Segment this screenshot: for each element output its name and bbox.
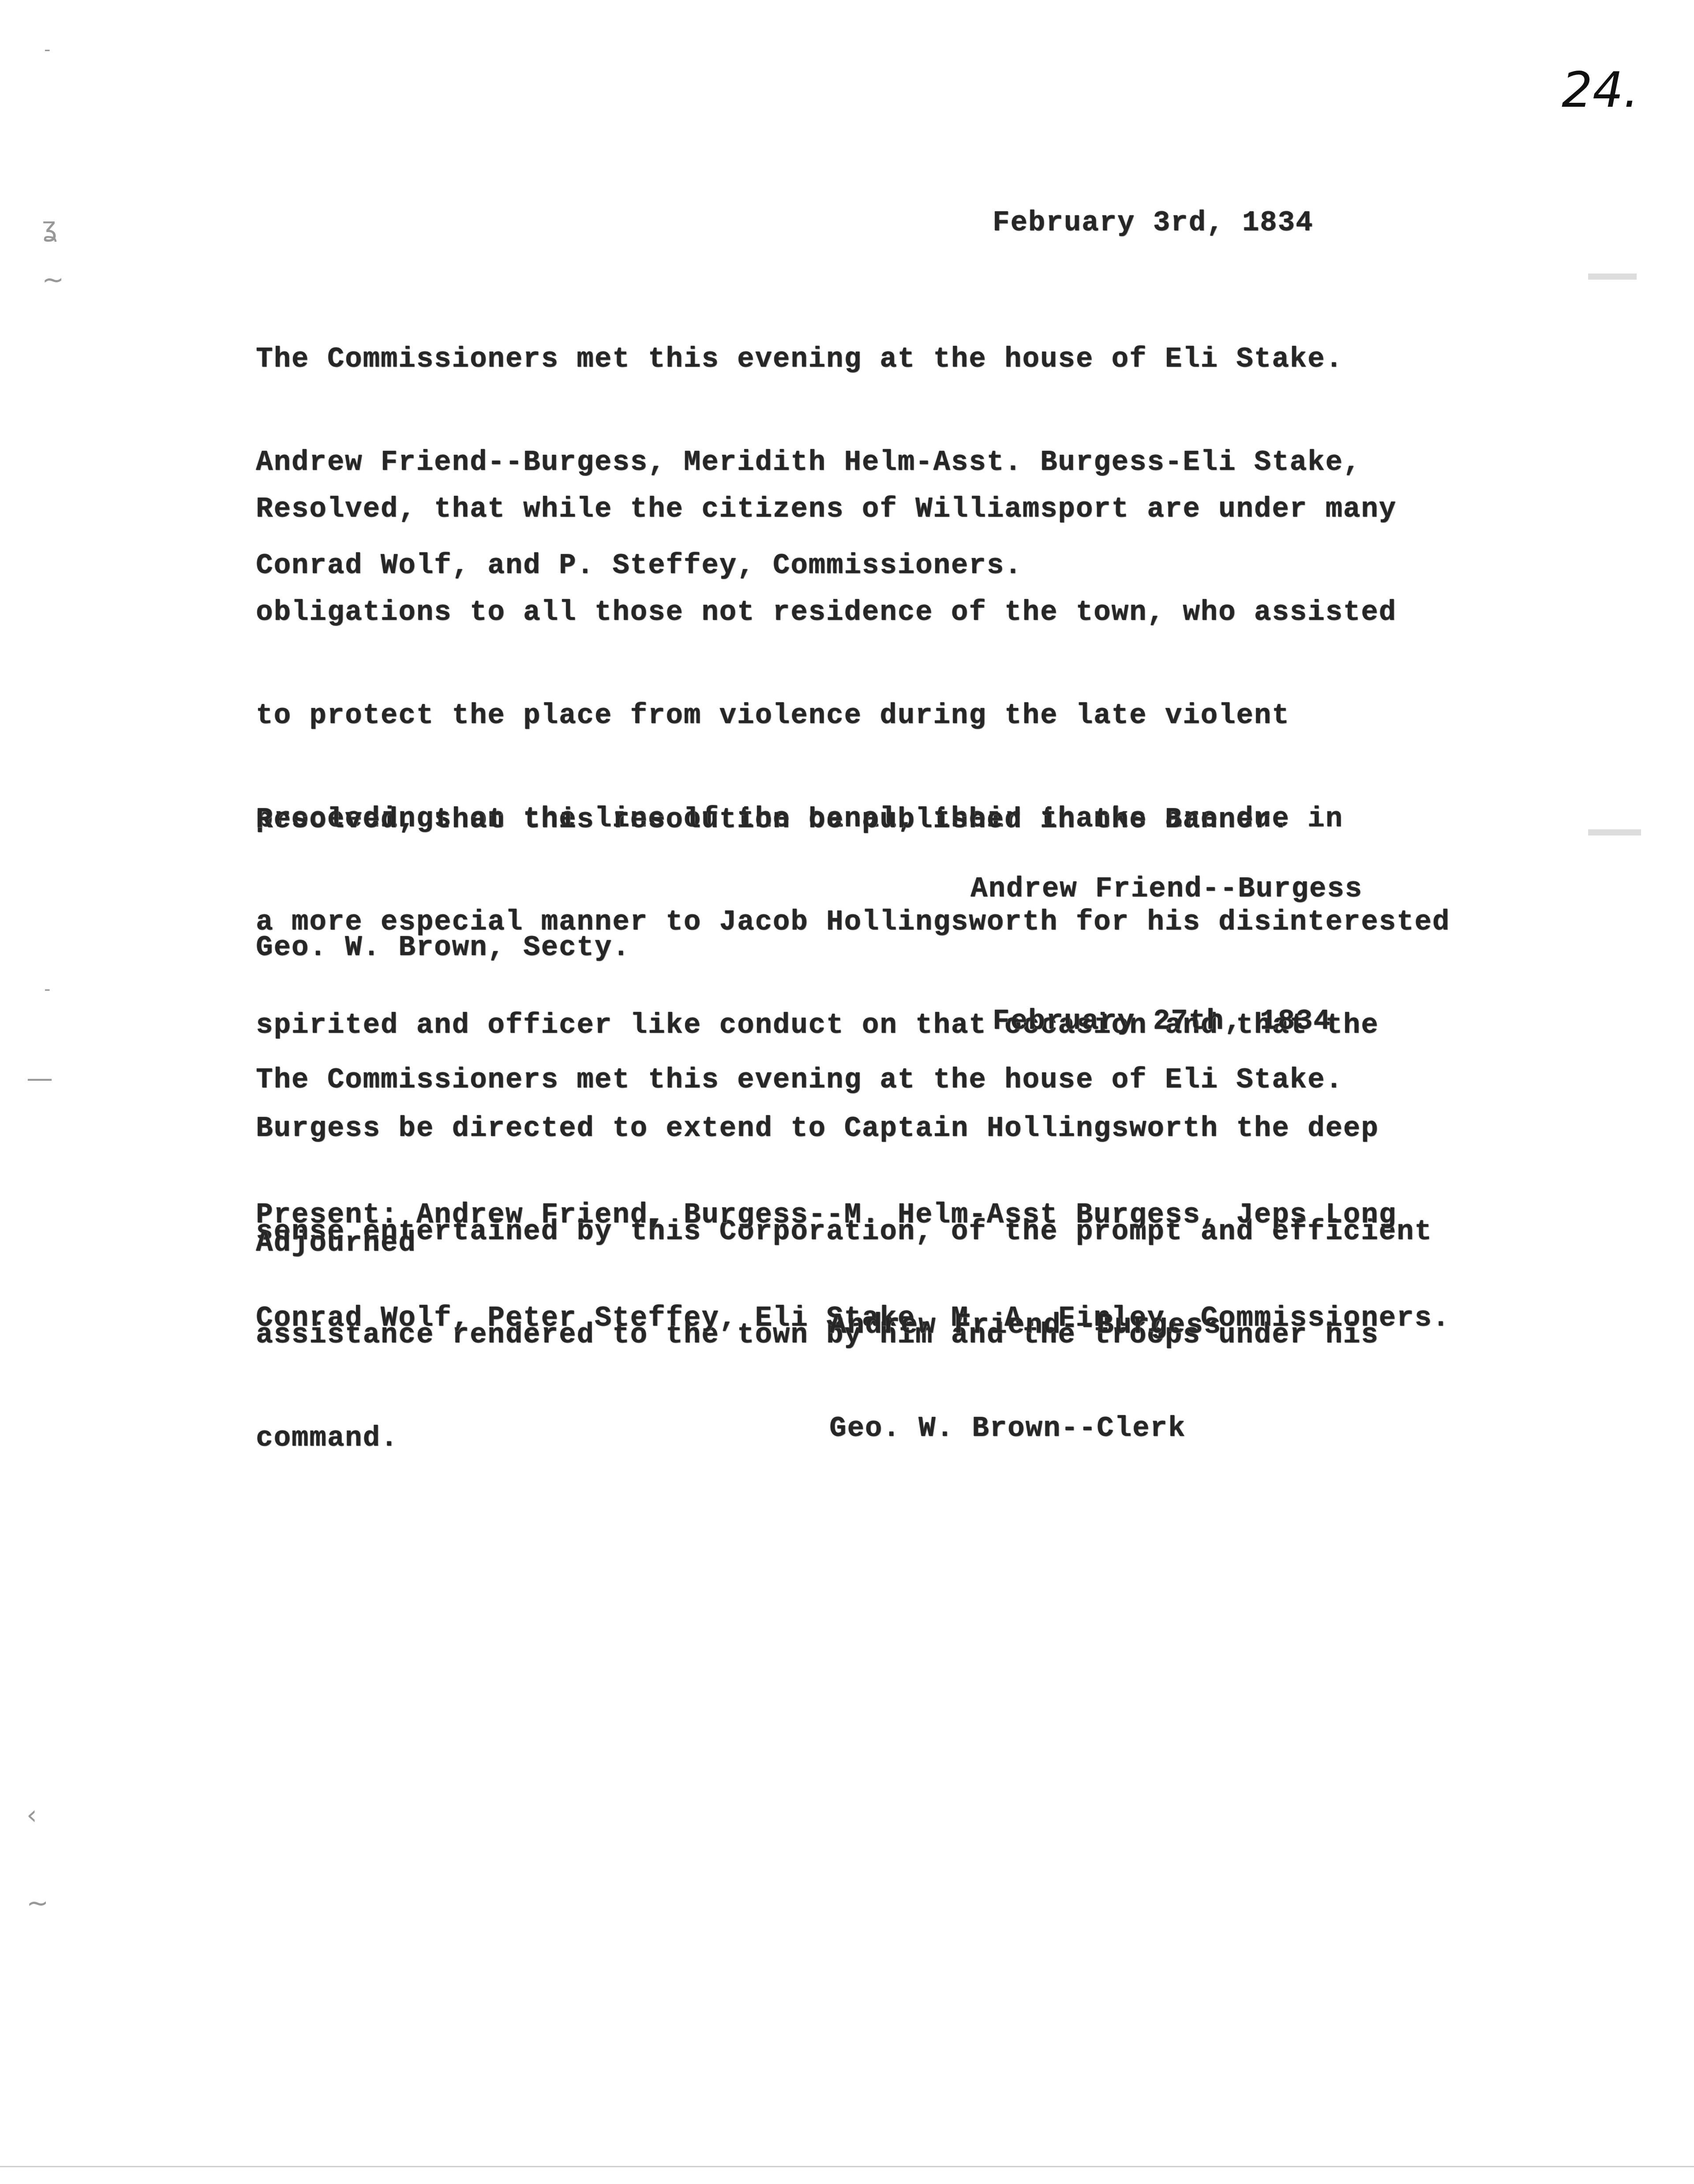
margin-mark: -: [44, 979, 50, 1000]
attendance-paragraph: The Commissioners met this evening at th…: [256, 1063, 1343, 1098]
signature-block: Andrew Friend--Burgess Geo. W. Brown--Cl…: [829, 1240, 1222, 1515]
scan-speck: [1588, 829, 1641, 835]
page-number: 24.: [1562, 62, 1639, 118]
margin-mark: ‹: [26, 1800, 37, 1831]
scan-speck: [1588, 273, 1637, 280]
text-line: Present: Andrew Friend, Burgess--M. Helm…: [256, 1198, 1450, 1232]
text-line: Resolved, that while the citizens of Wil…: [256, 492, 1450, 527]
text-line: The Commissioners met this evening at th…: [256, 342, 1361, 377]
burgess-signature: Andrew Friend--Burgess: [971, 873, 1363, 905]
adjourned-text: Adjourned: [256, 1226, 416, 1261]
text-line: obligations to all those not residence o…: [256, 596, 1450, 630]
clerk-signature: Geo. W. Brown--Clerk: [829, 1412, 1222, 1446]
entry-date: February 3rd, 1834: [993, 207, 1313, 239]
entry-date: February 27th, 1834: [993, 1006, 1331, 1038]
text-line: to protect the place from violence durin…: [256, 699, 1450, 733]
publication-resolution: Resolved, that this resolution be publis…: [256, 803, 1290, 837]
margin-mark: ~: [26, 1888, 49, 1919]
margin-mark: ~: [42, 265, 64, 296]
margin-mark: ʓ: [42, 212, 57, 243]
margin-mark: -: [44, 40, 50, 60]
page-edge: [0, 2166, 1694, 2167]
secretary-signature: Geo. W. Brown, Secty.: [256, 931, 630, 965]
margin-mark: —: [26, 1063, 53, 1094]
burgess-signature: Andrew Friend--Burgess: [829, 1308, 1222, 1343]
